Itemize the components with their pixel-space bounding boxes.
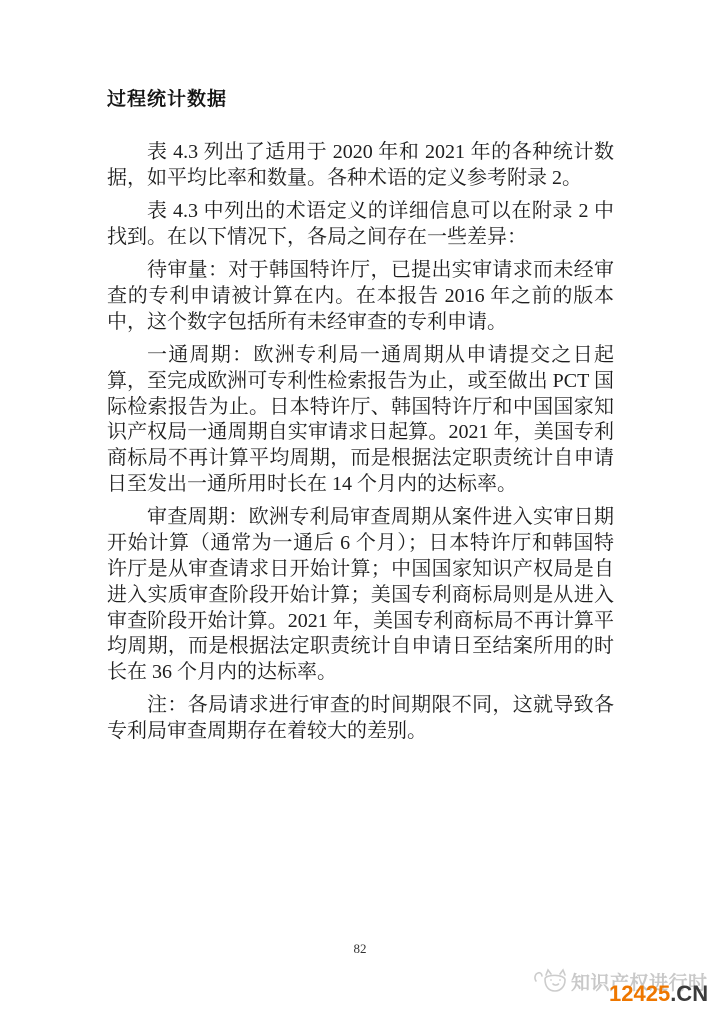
document-page: 过程统计数据 表 4.3 列出了适用于 2020 年和 2021 年的各种统计数… bbox=[0, 0, 720, 1019]
paragraph-note: 注：各局请求进行审查的时间期限不同，这就导致各专利局审查周期存在着较大的差别。 bbox=[107, 693, 614, 745]
paragraph-first-action-cycle: 一通周期：欧洲专利局一通周期从申请提交之日起算，至完成欧洲可专利性检索报告为止，… bbox=[107, 343, 614, 498]
watermark-site-text: 12425.CN bbox=[609, 983, 708, 1005]
paragraph-pendency: 待审量：对于韩国特许厅，已提出实审请求而未经审查的专利申请被计算在内。在本报告 … bbox=[107, 258, 614, 335]
mascot-cat-icon bbox=[533, 967, 568, 996]
paragraph-intro: 表 4.3 列出了适用于 2020 年和 2021 年的各种统计数据，如平均比率… bbox=[107, 140, 614, 192]
document-body: 表 4.3 列出了适用于 2020 年和 2021 年的各种统计数据，如平均比率… bbox=[107, 140, 614, 753]
watermark: 知识产权进行时 12425.CN bbox=[533, 967, 713, 1011]
paragraph-examination-cycle: 审查周期：欧洲专利局审查周期从案件进入实审日期开始计算（通常为一通后 6 个月）… bbox=[107, 505, 614, 686]
page-title: 过程统计数据 bbox=[107, 84, 227, 111]
watermark-site-tld: .CN bbox=[670, 981, 708, 1006]
paragraph-terms: 表 4.3 中列出的术语定义的详细信息可以在附录 2 中找到。在以下情况下，各局… bbox=[107, 199, 614, 251]
watermark-site-number: 12425 bbox=[609, 981, 670, 1006]
page-number: 82 bbox=[0, 941, 720, 957]
